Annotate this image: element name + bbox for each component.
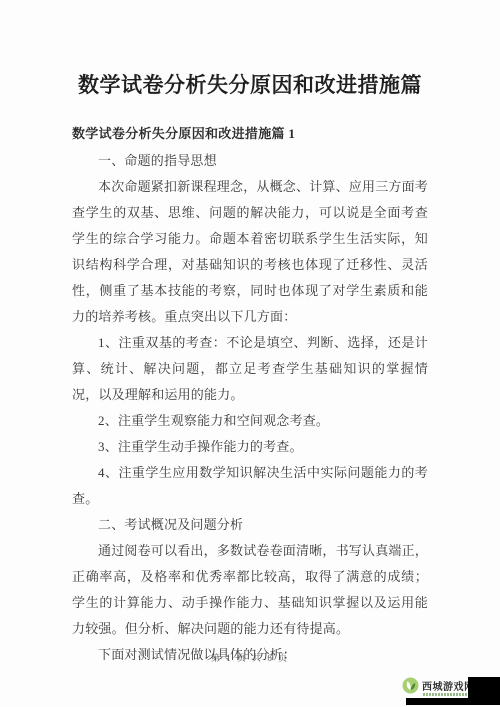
page-title: 数学试卷分析失分原因和改进措施篇 (0, 0, 500, 100)
black-block-bottom (406, 698, 500, 705)
sprout-leaf-icon (402, 677, 419, 694)
site-name: 西城游戏网 (422, 678, 475, 693)
doc-body: 一、命题的指导思想 本次命题紧扣新课程理念，从概念、计算、应用三方面考查学生的双… (72, 148, 428, 668)
paragraph-list-item: 4、注重学生应用数学知识解决生活中实际问题能力的考查。 (72, 460, 428, 512)
paragraph-list-item: 2、注重学生观察能力和空间观念考查。 (72, 408, 428, 434)
paragraph-section-heading: 二、考试概况及问题分析 (72, 512, 428, 538)
paragraph: 本次命题紧扣新课程理念，从概念、计算、应用三方面考查学生的双基、思维、问题的解决… (72, 174, 428, 330)
black-block-right (468, 677, 500, 698)
doc-subtitle: 数学试卷分析失分原因和改进措施篇 1 (72, 123, 428, 142)
paragraph-list-item: 3、注重学生动手操作能力的考查。 (72, 434, 428, 460)
page-number-indicator: 第 1 页 共 6 页 (0, 651, 500, 664)
document-page: 数学试卷分析失分原因和改进措施篇 数学试卷分析失分原因和改进措施篇 1 一、命题… (0, 0, 500, 707)
paragraph-list-item: 1、注重双基的考查：不论是填空、判断、选择，还是计算、统计、解决问题，都立足考查… (72, 330, 428, 408)
site-watermark: 西城游戏网 (402, 672, 500, 707)
paragraph-section-heading: 一、命题的指导思想 (72, 148, 428, 174)
paragraph: 通过阅卷可以看出，多数试卷卷面清晰，书写认真端正，正确率高，及格率和优秀率都比较… (72, 538, 428, 642)
logo-micro-caption (423, 693, 467, 696)
